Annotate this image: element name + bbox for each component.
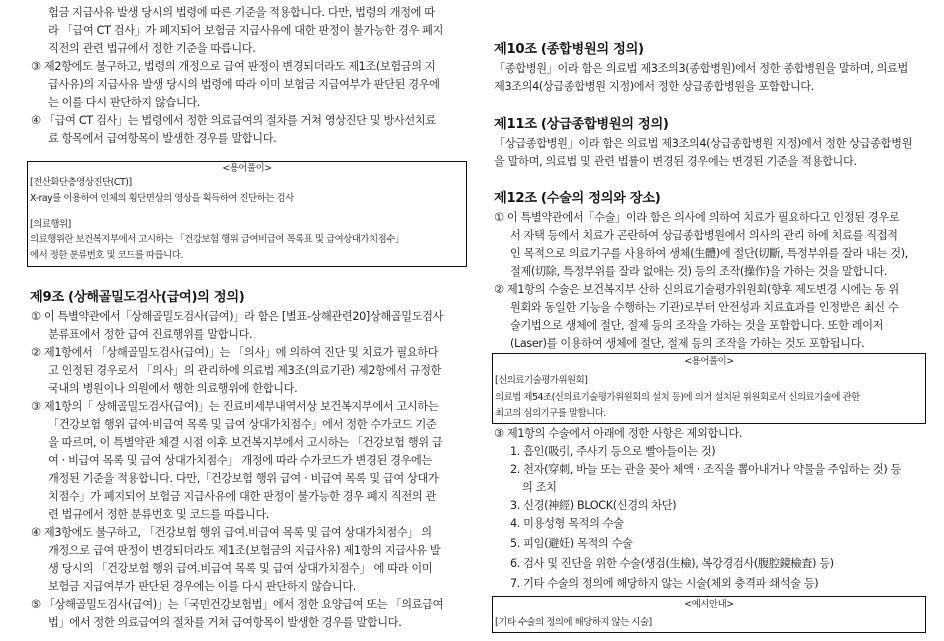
paragraph-1: ① 이 특별약관에서「수술」이라 함은 의사에 의하여 치료가 필요하다고 인정… xyxy=(494,211,899,225)
paragraph-3: ③ 제2항에도 불구하고, 법령의 개정으로 급여 판정이 변경되더라도 제1조… xyxy=(31,60,435,74)
paragraph-2: ② 제1항의 수술은 보건복지부 산하 신의료기술평가위원회(향후 제도변경 시… xyxy=(494,283,899,297)
exclusion-item: 6. 검사 및 진단을 위한 수술(생검(生檢), 복강경검사(腹腔鏡檢査) 등… xyxy=(510,557,834,571)
text-line: 직전의 관련 법규에서 정한 기준을 따릅니다. xyxy=(48,42,255,56)
paragraph-1: ① 이 특별약관에서「상해골밀도검사(급여)」라 함은 [별표-상해관련20]상… xyxy=(31,310,443,324)
text-line: 개정으로 급여 판정이 변경되더라도 제1조(보험금의 지급사유) 제1항의 지… xyxy=(48,544,440,558)
text-line: 개정된 기준을 적용합니다. 다만,「건강보험 행위 급여 · 비급여 목록 및… xyxy=(48,472,438,486)
text-line: 원회와 동일한 기능을 수행하는 기관)로부터 안전성과 치료효과를 인정받은 … xyxy=(510,301,898,315)
article-11-heading: 제11조 (상급종합병원의 정의) xyxy=(494,117,669,133)
text-line: 급사유)의 지급사유 발생 당시의 법령에 따라 이미 보험금 지급여부가 판단… xyxy=(48,78,440,92)
exclusion-item: 7. 기타 수술의 정의에 해당하지 않는 시술(체외 충격파 쇄석술 등) xyxy=(510,577,818,591)
text-line: 분류표에서 정한 급여 진료행위를 말합니다. xyxy=(48,328,252,342)
text-line: 「상급종합병원」이라 함은 의료법 제3조의4(상급종합병원 지정)에서 정한 … xyxy=(494,137,912,151)
article-10-heading: 제10조 (종합병원의 정의) xyxy=(494,42,644,58)
text-line: 절제(切除, 특정부위를 잘라 없애는 것) 등의 조작(操作)을 가하는 것을… xyxy=(510,265,887,279)
example-line: [기타 수술의 정의에 해당하지 않는 시술] xyxy=(495,617,652,629)
glossary-title: <용어풀이> xyxy=(28,163,466,175)
text-line: 련 법규에서 정한 분류번호 및 코드를 따릅니다. xyxy=(48,508,269,522)
text-line: 서 자택 등에서 치료가 곤란하여 상급종합병원에서 의사의 관리 하에 치료를… xyxy=(510,229,898,243)
text-line: 여 · 비급여 목록 및 급여 상대가치점수」 개정에 따라 수가코드가 변경된… xyxy=(48,454,432,468)
glossary-definition: 에서 정한 분류번호 및 코드를 따릅니다. xyxy=(30,250,183,262)
paragraph-3: ③ 제1항의「 상해골밀도검사(급여)」는 진료비세부내역서상 보건복지부에서 … xyxy=(31,400,438,414)
text-line: 국내의 병원이나 의원에서 행한 의료행위에 한합니다. xyxy=(48,382,297,396)
glossary-term: [전산화단층영상진단(CT)] xyxy=(30,177,132,189)
text-line: 는 이를 다시 판단하지 않습니다. xyxy=(48,96,200,110)
glossary-definition: 의료법 제54조(신의료기술평가위원회의 설치 등)에 의거 설치된 위원회로서… xyxy=(495,392,860,404)
glossary-term: [신의료기술평가위원회] xyxy=(495,375,587,387)
paragraph-4: ④ 「급여 CT 검사」는 법령에서 정한 의료급여의 절차를 거쳐 영상진단 … xyxy=(31,114,436,128)
text-line: 고 인정된 경우로서 「의사」의 관리하에 의료법 제3조(의료기관) 제2항에… xyxy=(48,364,441,378)
article-9-heading: 제9조 (상해골밀도검사(급여)의 정의) xyxy=(30,290,245,306)
text-line: 을 따르며, 이 특별약관 체결 시점 이후 보건복지부에서 고시하는 「건강보… xyxy=(48,436,442,450)
example-box: <예시안내> [기타 수술의 정의에 해당하지 않는 시술] xyxy=(492,596,926,633)
example-title: <예시안내> xyxy=(493,599,925,611)
text-line: (Laser)를 이용하여 생체에 절단, 절제 등의 조작을 가하는 것도 포… xyxy=(510,337,864,351)
text-line: 보험금 지급여부가 판단된 경우에는 이를 다시 판단하지 않습니다. xyxy=(48,580,356,594)
glossary-title: <용어풀이> xyxy=(493,356,925,368)
exclusion-item: 1. 흡인(吸引, 주사기 등으로 빨아들이는 것) xyxy=(510,445,715,459)
glossary-box: <용어풀이> [전산화단층영상진단(CT)] X-ray를 이용하여 인체의 횡… xyxy=(27,161,467,267)
glossary-box: <용어풀이> [신의료기술평가위원회] 의료법 제54조(신의료기술평가위원회의… xyxy=(492,353,926,424)
exclusion-item: 4. 미용성형 목적의 수술 xyxy=(510,517,624,531)
exclusion-item: 2. 천자(穿刺, 바늘 또는 관을 꽂아 체액 · 조직을 뽑아내거나 약물을… xyxy=(510,463,901,477)
paragraph-4: ④ 제3항에도 불구하고, 「건강보험 행위 급여.비급여 목록 및 급여 상대… xyxy=(31,526,432,540)
paragraph-3: ③ 제1항의 수술에서 아래에 정한 사항은 제외합니다. xyxy=(494,427,742,441)
glossary-definition: 의료행위란 보건복지부에서 고시하는 「건강보험 행위 급여비급여 목록표 및 … xyxy=(30,234,404,246)
text-line: 을 말하며, 의료법 및 관련 법률이 변경된 경우에는 변경된 기준을 적용합… xyxy=(494,155,857,169)
exclusion-item: 3. 신경(神經) BLOCK(신경의 차단) xyxy=(510,499,676,513)
text-line: 의 조치 xyxy=(522,481,557,495)
text-line: 료 항목에서 급여항목이 발생한 경우를 말합니다. xyxy=(48,132,276,146)
glossary-definition: X-ray를 이용하여 인체의 횡단면상의 영상을 획득하여 진단하는 검사 xyxy=(30,193,294,205)
article-12-heading: 제12조 (수술의 정의와 장소) xyxy=(494,191,660,207)
text-line: 법」에서 정한 의료급여의 절차를 거쳐 급여항목이 발생한 경우를 말합니다. xyxy=(48,616,401,630)
text-line: 제3조의4(상급종합병원 지정)에서 정한 상급종합병원을 포함합니다. xyxy=(494,80,814,94)
exclusion-item: 5. 피임(避妊) 목적의 수술 xyxy=(510,537,633,551)
text-line: 「건강보험 행위 급여·비급여 목록 및 급여 상대가치점수」에서 정한 수가코… xyxy=(48,418,436,432)
text-line: 「종합병원」이라 함은 의료법 제3조의3(종합병원)에서 정한 종합병원을 말… xyxy=(494,62,908,76)
text-line: 치점수」가 폐지되어 보험금 지급사유에 대한 판정이 불가능한 경우 폐지 직… xyxy=(48,490,436,504)
text-line: 술기법으로 생체에 절단, 절제 등의 조작을 가하는 것을 포함합니다. 또한… xyxy=(510,319,883,333)
text-line: 생 당시의 「건강보험 행위 급여.비급여 목록 및 급여 상대가치점수」 에 … xyxy=(48,562,432,576)
paragraph-5: ⑤ 「상해골밀도검사(급여)」는「국민건강보험법」에서 정한 요양급여 또는 「… xyxy=(31,598,443,612)
text-line: 험금 지급사유 발생 당시의 법령에 따른 기준을 적용합니다. 다만, 법령의… xyxy=(48,6,435,20)
glossary-term: [의료행위] xyxy=(30,219,71,231)
paragraph-2: ② 제1항에서 「상해골밀도검사(급여)」는 「의사」에 의하여 진단 및 치료… xyxy=(31,346,438,360)
text-line: 라 「급여 CT 검사」가 폐지되어 보험금 지급사유에 대한 판정이 불가능한… xyxy=(48,24,443,38)
glossary-definition: 최고의 심의기구를 말합니다. xyxy=(495,408,606,420)
text-line: 인 목적으로 의료기구를 사용하여 생체(生體)에 절단(切斷, 특정부위를 잘… xyxy=(510,247,908,261)
